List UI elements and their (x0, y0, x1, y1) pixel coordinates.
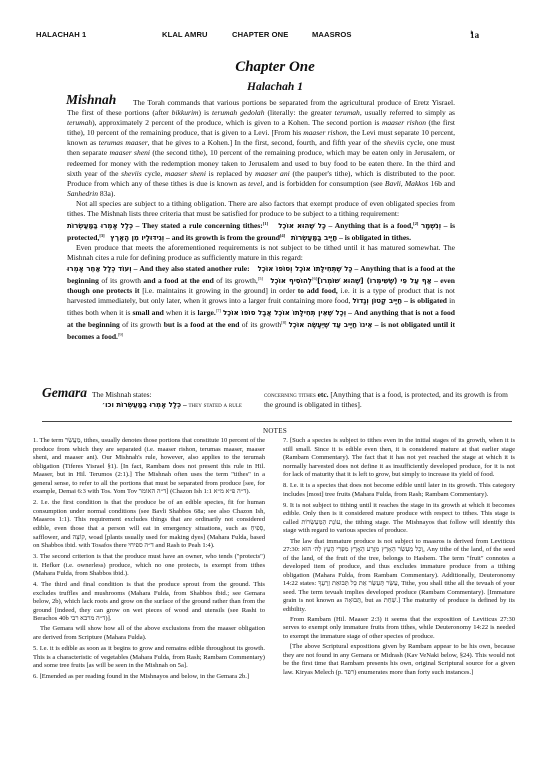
note-text: [Such a species is subject to tithes eve… (283, 437, 515, 478)
text-run: maaser sheni (165, 169, 206, 178)
text-run: when it is (164, 308, 198, 317)
note-text: From Rambam (Hil. Maaser 2:3) it seems t… (283, 616, 515, 640)
footnote-ref: [8] (281, 320, 286, 325)
note-number: 8. (283, 482, 288, 489)
text-run: Bavli (385, 179, 401, 188)
gemara-quote: כְּלָל אָמְרוּ בַּמַּעַשְׂרוֹת וכו׳ – th… (92, 400, 270, 410)
text-run: , and is forbidden for consumption (see (262, 179, 385, 188)
gemara-intro: The Mishnah states: (92, 390, 270, 400)
gemara-column-2: concerning tithes etc. [Anything that is… (264, 390, 508, 410)
text-run: terumas maaser (99, 138, 148, 147)
text-run: of its growth (120, 320, 164, 329)
text-run: cycle, (142, 169, 165, 178)
text-run: – and its growth is from the ground (164, 233, 280, 242)
text-run: terumah gedolah (212, 108, 264, 117)
hebrew-text: חַיָּיב קָטוֹן וְגָדוֹל (353, 297, 403, 305)
hebrew-text: וְגִידּוּלָיו מִן הָאָרֶץ (110, 234, 164, 242)
mishnah-clauses-second-rule: וְעוֹד כְּלָל אַחֵר אָמְרוּ – And they a… (67, 264, 455, 343)
note-text: The Gemara will show how all of the abov… (33, 625, 265, 641)
note-item: 8. I.e. it is a species that does not be… (283, 482, 515, 499)
mishnah-paragraph-maturity: Even produce that meets the aforemention… (67, 243, 455, 263)
hebrew-text: וְעוֹד כְּלָל אַחֵר אָמְרוּ (67, 265, 132, 273)
note-item: 1. The term מַעֲשֵׂר, tithes, usually de… (33, 437, 265, 497)
note-item: 6. [Emended as per reading found in the … (33, 673, 265, 682)
text-run: large. (198, 308, 216, 317)
note-text: I.e. it is a species that does not becom… (283, 482, 515, 498)
note-item: 2. I.e. the first condition is that the … (33, 499, 265, 550)
note-text: [The above Scriptural expositions given … (283, 643, 515, 676)
note-number: 2. (33, 499, 38, 506)
note-text: I.e. the first condition is that the pro… (33, 499, 265, 549)
text-run: – (181, 400, 188, 409)
text-run: terumah (335, 108, 360, 117)
gemara-column-1: The Mishnah states: כְּלָל אָמְרוּ בַּמַ… (92, 390, 270, 410)
text-run: maaser sheni (109, 148, 150, 157)
note-item: [The above Scriptural expositions given … (283, 643, 515, 677)
mishnah-label: Mishnah (66, 95, 116, 105)
footnote-ref: [2] (413, 221, 418, 226)
note-number: 6. (33, 673, 38, 680)
notes-column-right: 7. [Such a species is subject to tithes … (283, 437, 515, 680)
note-number: 4. (33, 581, 38, 588)
footnote-ref: [1] (263, 221, 268, 226)
mishnah-intro-paragraph: The Torah commands that various portions… (67, 98, 455, 199)
note-text: It is not subject to tithing until it re… (283, 502, 515, 535)
text-run: – is obligated in tithes. (337, 233, 411, 242)
text-run: [i.e. maintains it growing in the ground… (140, 286, 298, 295)
hebrew-text: וְכָל שֶׁאֵין תְּחִילָּתוֹ אוֹכֶל אֲבָל … (223, 309, 346, 317)
running-head-tractate-chapter-name: KLAL AMRU (162, 30, 208, 39)
text-run: maaser rishon (303, 128, 347, 137)
running-head-chapter: CHAPTER ONE (232, 30, 288, 39)
hebrew-text: כְּלָל אָמְרוּ בַּמַּעַשְׂרוֹת (67, 222, 133, 230)
note-item: 9. It is not subject to tithing until it… (283, 502, 515, 536)
small-caps-text: concerning tithes (264, 391, 316, 399)
text-run: terumah (67, 118, 92, 127)
text-run: to add food, (298, 286, 338, 295)
gemara-label: Gemara (42, 388, 87, 398)
note-item: The law that immature produce is not sub… (283, 538, 515, 615)
hebrew-text: חַיָּיב בַּמַּעַשְׂרוֹת (291, 234, 337, 242)
note-number: 9. (283, 502, 288, 509)
text-run: etc. (316, 390, 329, 399)
notes-column-left: 1. The term מַעֲשֵׂר, tithes, usually de… (33, 437, 265, 684)
text-run: – is obligated (402, 296, 447, 305)
notes-divider (42, 421, 512, 422)
text-run: tevel (248, 179, 262, 188)
text-run: Makkos (405, 179, 428, 188)
footnote-ref: [5] (258, 276, 263, 281)
hebrew-text: כָּל שֶׁהוּא אוֹכֶל (278, 222, 326, 230)
note-item: 5. I.e. it is edible as soon as it begin… (33, 645, 265, 671)
hebrew-text: אֵינוֹ חַיָּיב עַד שֶׁיֵּעָשֶׂה אוֹכֶל (289, 321, 373, 329)
text-run: of its growth, (214, 276, 258, 285)
notes-heading: NOTES (0, 427, 550, 435)
text-run: bikkurim (172, 108, 199, 117)
text-run: and a food at the end (143, 276, 213, 285)
hebrew-text: כְּלָל אָמְרוּ בַּמַּעַשְׂרוֹת וכו׳ (102, 401, 181, 409)
text-run: of its growth (99, 276, 144, 285)
page-number-value: 1a (470, 30, 479, 40)
text-run: Sanhedrin (67, 189, 98, 198)
running-head-halachah: HALACHAH 1 (36, 30, 86, 39)
talmud-page: HALACHAH 1 KLAL AMRU CHAPTER ONE MAASROS… (0, 0, 550, 768)
chapter-title: Chapter One (0, 59, 550, 76)
footnote-ref: [9] (118, 332, 123, 337)
footnote-ref: [7] (216, 308, 221, 313)
footnote-ref: [4] (280, 233, 285, 238)
text-run: – And they also stated another rule: (132, 264, 252, 273)
text-run: (literally: the greater (264, 108, 334, 117)
note-item: From Rambam (Hil. Maaser 2:3) it seems t… (283, 616, 515, 642)
text-run: 83a). (98, 189, 115, 198)
hebrew-text: כָּל שֶׁתְּחִילָּתוֹ אוֹכֶל וְסוֹפוֹ אוֹ… (258, 265, 353, 273)
text-run: ), approximately 2 percent of the produc… (92, 118, 382, 127)
text-run: maaser rishon (382, 118, 426, 127)
text-run: maaser ani (255, 169, 290, 178)
running-head-tractate: MAASROS (312, 30, 352, 39)
mishnah-clauses-first-rule: כְּלָל אָמְרוּ בַּמַּעַשְׂרוֹת – They st… (67, 219, 455, 243)
text-run: – Anything that is a food, (326, 221, 413, 230)
gemara-section: Gemara The Mishnah states: כְּלָל אָמְרו… (42, 390, 542, 414)
note-number: 3. (33, 553, 38, 560)
text-run: ) is (199, 108, 213, 117)
text-run: small and (132, 308, 163, 317)
text-run: but is a food at the end (164, 320, 240, 329)
hebrew-text: וְנִשְׁמָר (421, 222, 441, 230)
note-item: 4. The third and final condition is that… (33, 581, 265, 624)
mishnah-paragraph-criteria: Not all species are subject to a tithing… (67, 199, 455, 219)
note-number: 5. (33, 645, 38, 652)
running-head: HALACHAH 1 KLAL AMRU CHAPTER ONE MAASROS… (0, 30, 550, 44)
page-number: 1a1 (470, 30, 473, 40)
note-number: 1. (33, 437, 38, 444)
text-run: , that he gives to a Kohen.] In the firs… (148, 138, 384, 147)
hebrew-text: אַף עַל פִּי (שֶׁשִּׁימְּרוֹ) [שֶׁהוּא ש… (317, 277, 431, 285)
note-text: The term מַעֲשֵׂר, tithes, usually denot… (33, 437, 265, 495)
text-run: sheviis (121, 169, 142, 178)
note-item: The Gemara will show how all of the abov… (33, 625, 265, 642)
small-caps-text: they stated a rule (189, 401, 242, 409)
text-run: – They stated a rule concerning tithes: (133, 221, 263, 230)
note-number: 7. (283, 437, 288, 444)
text-run: , usually referred to simply as (360, 108, 455, 117)
mishnah-section: Mishnah The Torah commands that various … (67, 98, 455, 342)
text-run: 16b and (428, 179, 455, 188)
footnote-ref: [3] (99, 233, 104, 238)
note-item: 3. The second criterion is that the prod… (33, 553, 265, 579)
note-text: The law that immature produce is not sub… (283, 538, 515, 613)
text-run: is replaced by (206, 169, 255, 178)
text-run: of its growth (239, 320, 281, 329)
text-run: sheviis (384, 138, 405, 147)
note-text: I.e. it is edible as soon as it begins t… (33, 645, 265, 669)
note-text: The second criterion is that the produce… (33, 553, 265, 577)
note-text: [Emended as per reading found in the Mis… (40, 673, 250, 680)
hebrew-text: לְהוֹסִיף אוֹכֶל (270, 277, 312, 285)
note-item: 7. [Such a species is subject to tithes … (283, 437, 515, 480)
note-text: The third and final condition is that th… (33, 581, 265, 622)
